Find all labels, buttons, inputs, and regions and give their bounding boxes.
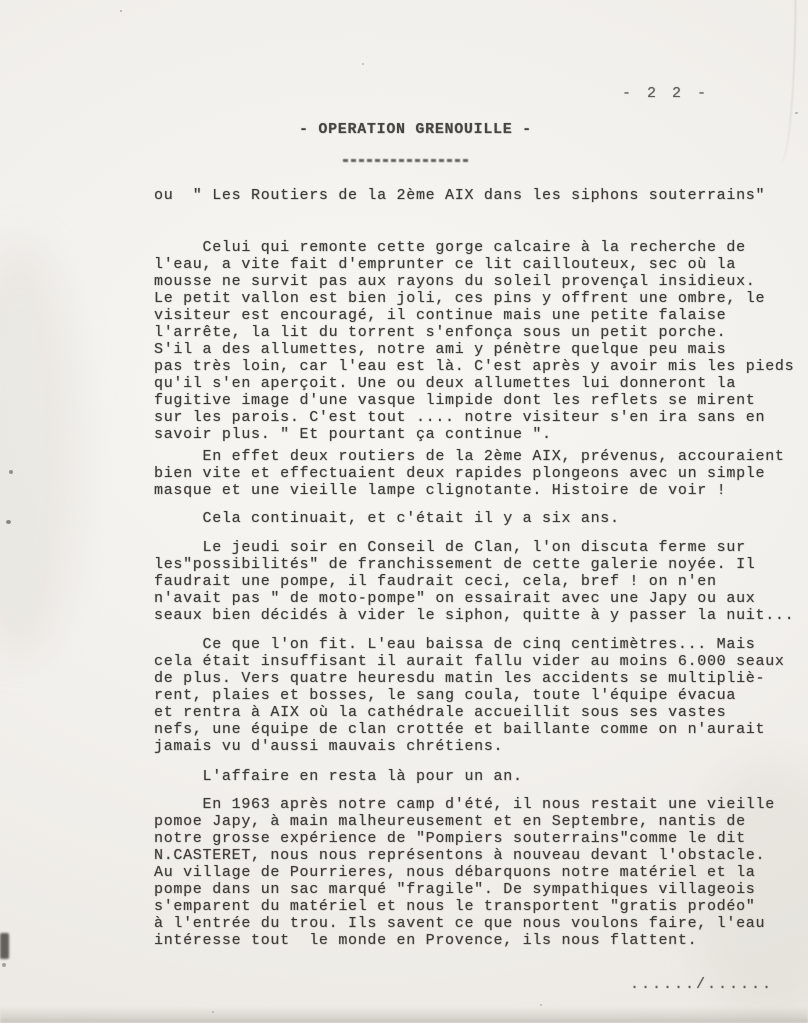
scan-speck <box>2 963 6 967</box>
scan-bottom-shadow <box>0 1007 808 1023</box>
paragraph-4: Le jeudi soir en Conseil de Clan, l'on d… <box>154 539 794 624</box>
paragraph-2: En effet deux routiers de la 2ème AIX, p… <box>154 448 785 499</box>
paragraph-5: Ce que l'on fit. L'eau baissa de cinq ce… <box>154 636 785 755</box>
document-subtitle: ou " Les Routiers de la 2ème AIX dans le… <box>154 187 765 204</box>
scan-speck <box>362 63 364 65</box>
scan-speck <box>795 112 798 114</box>
title-underline-rule <box>343 159 469 162</box>
scan-speck <box>540 1004 542 1006</box>
paragraph-7: En 1963 après notre camp d'été, il nous … <box>154 796 775 949</box>
scan-speck <box>120 10 122 12</box>
paragraph-6: L'affaire en resta là pour un an. <box>154 768 523 785</box>
scan-smudge <box>0 933 9 959</box>
page-number: - 2 2 - <box>622 85 710 102</box>
document-title: - OPERATION GRENOUILLE - <box>299 121 532 138</box>
page-edge-crease <box>773 0 796 164</box>
paragraph-3: Cela continuait, et c'était il y a six a… <box>154 510 620 527</box>
continuation-mark: ....../...... <box>630 976 773 993</box>
paragraph-1: Celui qui remonte cette gorge calcaire à… <box>154 239 794 443</box>
scan-speck <box>9 470 13 474</box>
scan-speck <box>6 520 11 524</box>
paper-tone-blotch <box>0 240 80 660</box>
scanned-document-page: - 2 2 - - OPERATION GRENOUILLE - ou " Le… <box>0 0 808 1023</box>
